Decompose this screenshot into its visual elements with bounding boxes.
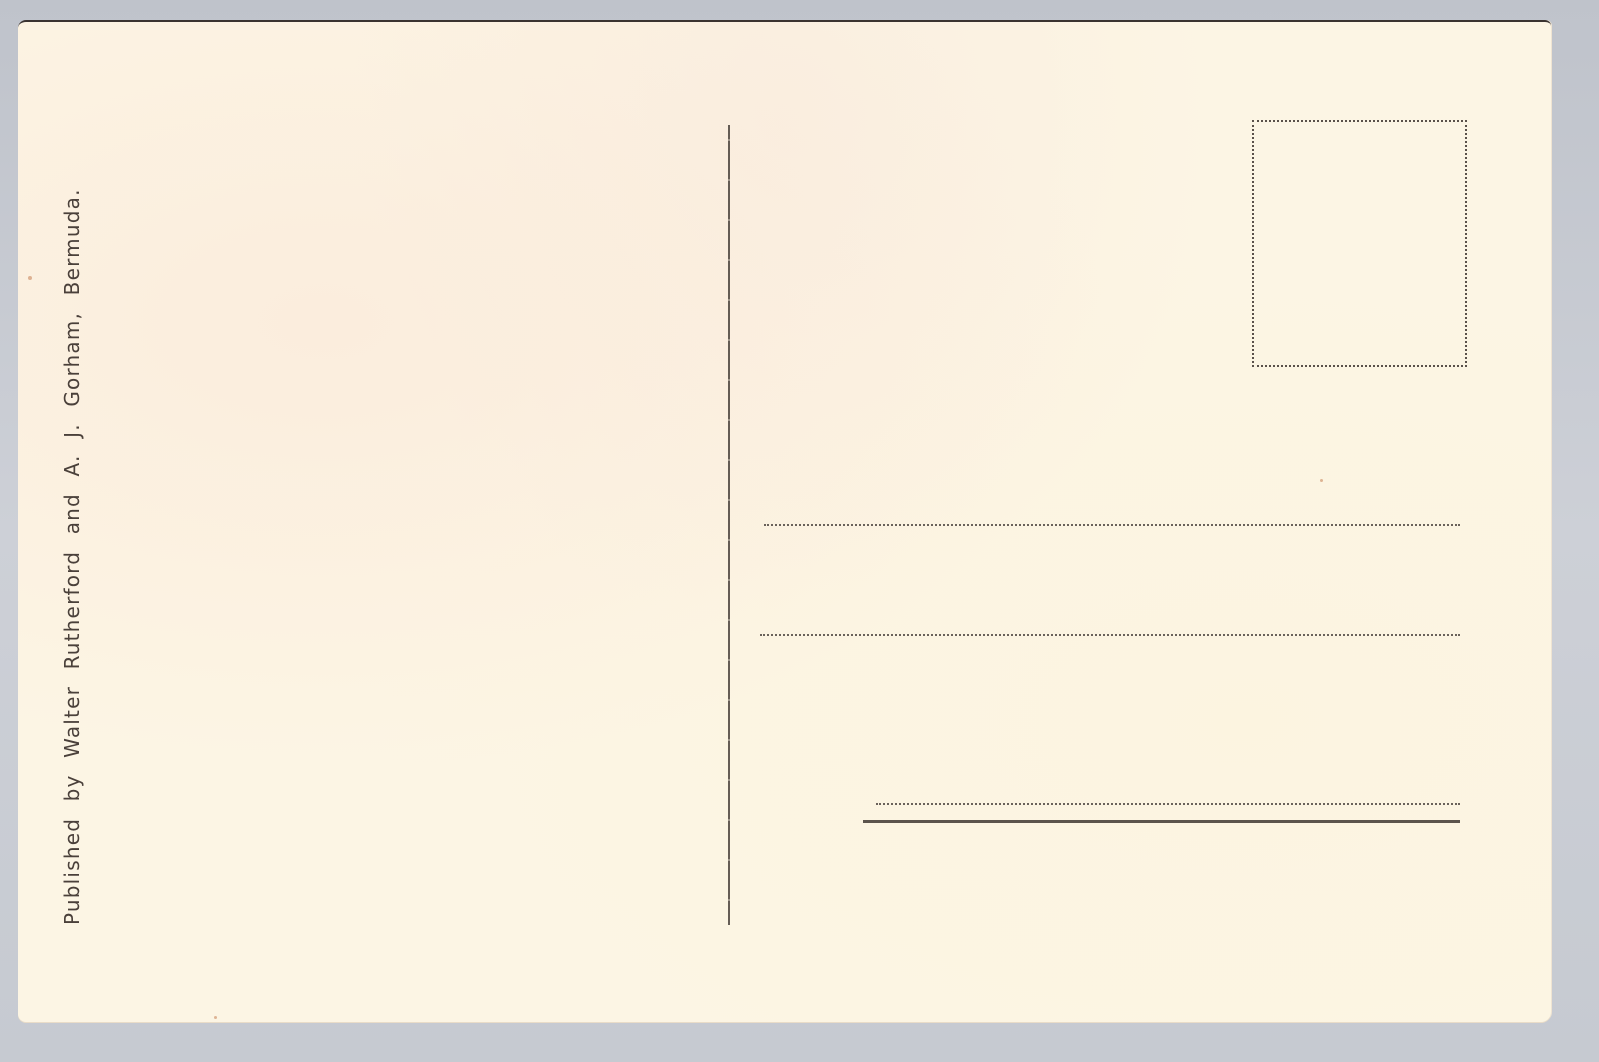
- address-line-3: [876, 803, 1460, 805]
- address-line-2: [760, 634, 1460, 636]
- foxing-spot: [1320, 479, 1323, 482]
- publisher-imprint: Published by Walter Rutherford and A. J.…: [62, 188, 82, 925]
- foxing-spot: [214, 1016, 217, 1019]
- foxing-spot: [28, 276, 32, 280]
- address-line-1: [764, 524, 1460, 526]
- address-line-4-solid: [863, 820, 1460, 823]
- message-address-divider: [728, 125, 730, 925]
- stamp-placement-box: [1252, 120, 1467, 367]
